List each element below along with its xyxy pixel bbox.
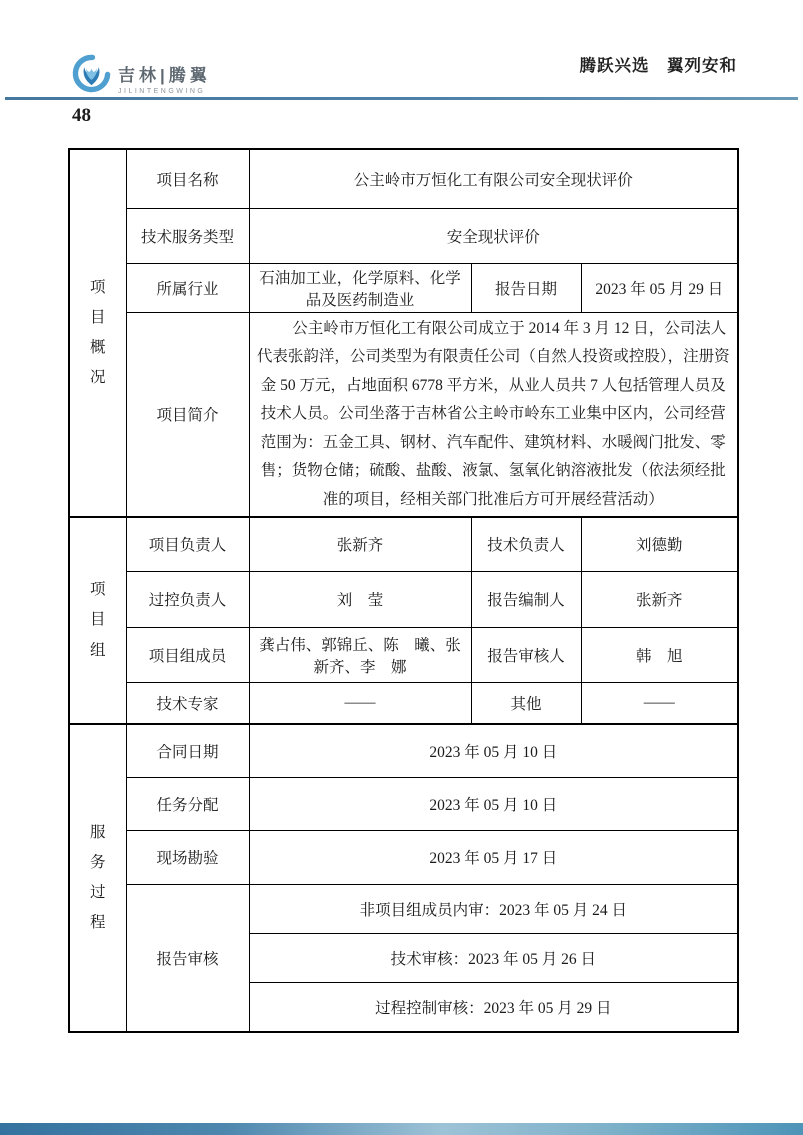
team-members-value: 龚占伟、郭锦丘、陈 曦、张新齐、李 娜 — [249, 627, 471, 682]
site-survey-value: 2023 年 05 月 17 日 — [249, 830, 738, 884]
project-name-value: 公主岭市万恒化工有限公司安全现状评价 — [249, 149, 738, 208]
site-survey-label: 现场勘验 — [126, 830, 249, 884]
report-date-value: 2023 年 05 月 29 日 — [581, 263, 738, 312]
other-value: —— — [581, 682, 738, 724]
task-assign-value: 2023 年 05 月 10 日 — [249, 777, 738, 830]
tech-review-value: 技术审核：2023 年 05 月 26 日 — [249, 933, 738, 982]
task-assign-label: 任务分配 — [126, 777, 249, 830]
footer-bar — [0, 1123, 803, 1135]
header-rule — [5, 97, 798, 100]
tech-expert-value: —— — [249, 682, 471, 724]
tech-leader-value: 刘德勤 — [581, 517, 738, 571]
report-writer-value: 张新齐 — [581, 571, 738, 627]
logo-text-cn: 吉林|腾翼 — [118, 61, 211, 86]
table-row: 项目组成员 龚占伟、郭锦丘、陈 曦、张新齐、李 娜 报告审核人 韩 旭 — [69, 627, 738, 682]
company-logo: 吉林|腾翼 JILINTENGWING — [72, 54, 211, 95]
process-control-value: 刘 莹 — [249, 571, 471, 627]
project-info-table: 项目概况 项目名称 公主岭市万恒化工有限公司安全现状评价 技术服务类型 安全现状… — [68, 148, 739, 1033]
page-number: 48 — [72, 105, 91, 127]
table-row: 任务分配 2023 年 05 月 10 日 — [69, 777, 738, 830]
process-control-label: 过控负责人 — [126, 571, 249, 627]
project-leader-label: 项目负责人 — [126, 517, 249, 571]
swirl-wing-icon — [72, 54, 111, 93]
table-row: 项目简介 公主岭市万恒化工有限公司成立于 2014 年 3 月 12 日，公司法… — [69, 312, 738, 517]
section-team-cell: 项目组 — [69, 517, 126, 724]
team-members-label: 项目组成员 — [126, 627, 249, 682]
brief-value: 公主岭市万恒化工有限公司成立于 2014 年 3 月 12 日，公司法人代表张韵… — [249, 312, 738, 517]
table-row: 现场勘验 2023 年 05 月 17 日 — [69, 830, 738, 884]
service-type-label: 技术服务类型 — [126, 208, 249, 263]
internal-review-value: 非项目组成员内审：2023 年 05 月 24 日 — [249, 884, 738, 933]
report-review-label: 报告审核 — [126, 884, 249, 1032]
section-process-cell: 服务过程 — [69, 724, 126, 1032]
industry-value: 石油加工业，化学原料、化学品及医药制造业 — [249, 263, 471, 312]
other-label: 其他 — [471, 682, 581, 724]
table-row: 项目概况 项目名称 公主岭市万恒化工有限公司安全现状评价 — [69, 149, 738, 208]
industry-label: 所属行业 — [126, 263, 249, 312]
report-reviewer-label: 报告审核人 — [471, 627, 581, 682]
report-date-label: 报告日期 — [471, 263, 581, 312]
brief-label: 项目简介 — [126, 312, 249, 517]
table-row: 技术服务类型 安全现状评价 — [69, 208, 738, 263]
report-writer-label: 报告编制人 — [471, 571, 581, 627]
project-name-label: 项目名称 — [126, 149, 249, 208]
section-overview-cell: 项目概况 — [69, 149, 126, 517]
logo-text-en: JILINTENGWING — [118, 88, 211, 95]
report-reviewer-value: 韩 旭 — [581, 627, 738, 682]
tech-leader-label: 技术负责人 — [471, 517, 581, 571]
table-row: 服务过程 合同日期 2023 年 05 月 10 日 — [69, 724, 738, 777]
contract-date-value: 2023 年 05 月 10 日 — [249, 724, 738, 777]
table-row: 过控负责人 刘 莹 报告编制人 张新齐 — [69, 571, 738, 627]
project-leader-value: 张新齐 — [249, 517, 471, 571]
contract-date-label: 合同日期 — [126, 724, 249, 777]
tech-expert-label: 技术专家 — [126, 682, 249, 724]
table-row: 报告审核 非项目组成员内审：2023 年 05 月 24 日 — [69, 884, 738, 933]
service-type-value: 安全现状评价 — [249, 208, 738, 263]
table-row: 项目组 项目负责人 张新齐 技术负责人 刘德勤 — [69, 517, 738, 571]
process-control-review-value: 过程控制审核：2023 年 05 月 29 日 — [249, 982, 738, 1032]
table-row: 所属行业 石油加工业，化学原料、化学品及医药制造业 报告日期 2023 年 05… — [69, 263, 738, 312]
table-row: 技术专家 —— 其他 —— — [69, 682, 738, 724]
header-slogan: 腾跃兴选 翼列安和 — [580, 52, 738, 76]
